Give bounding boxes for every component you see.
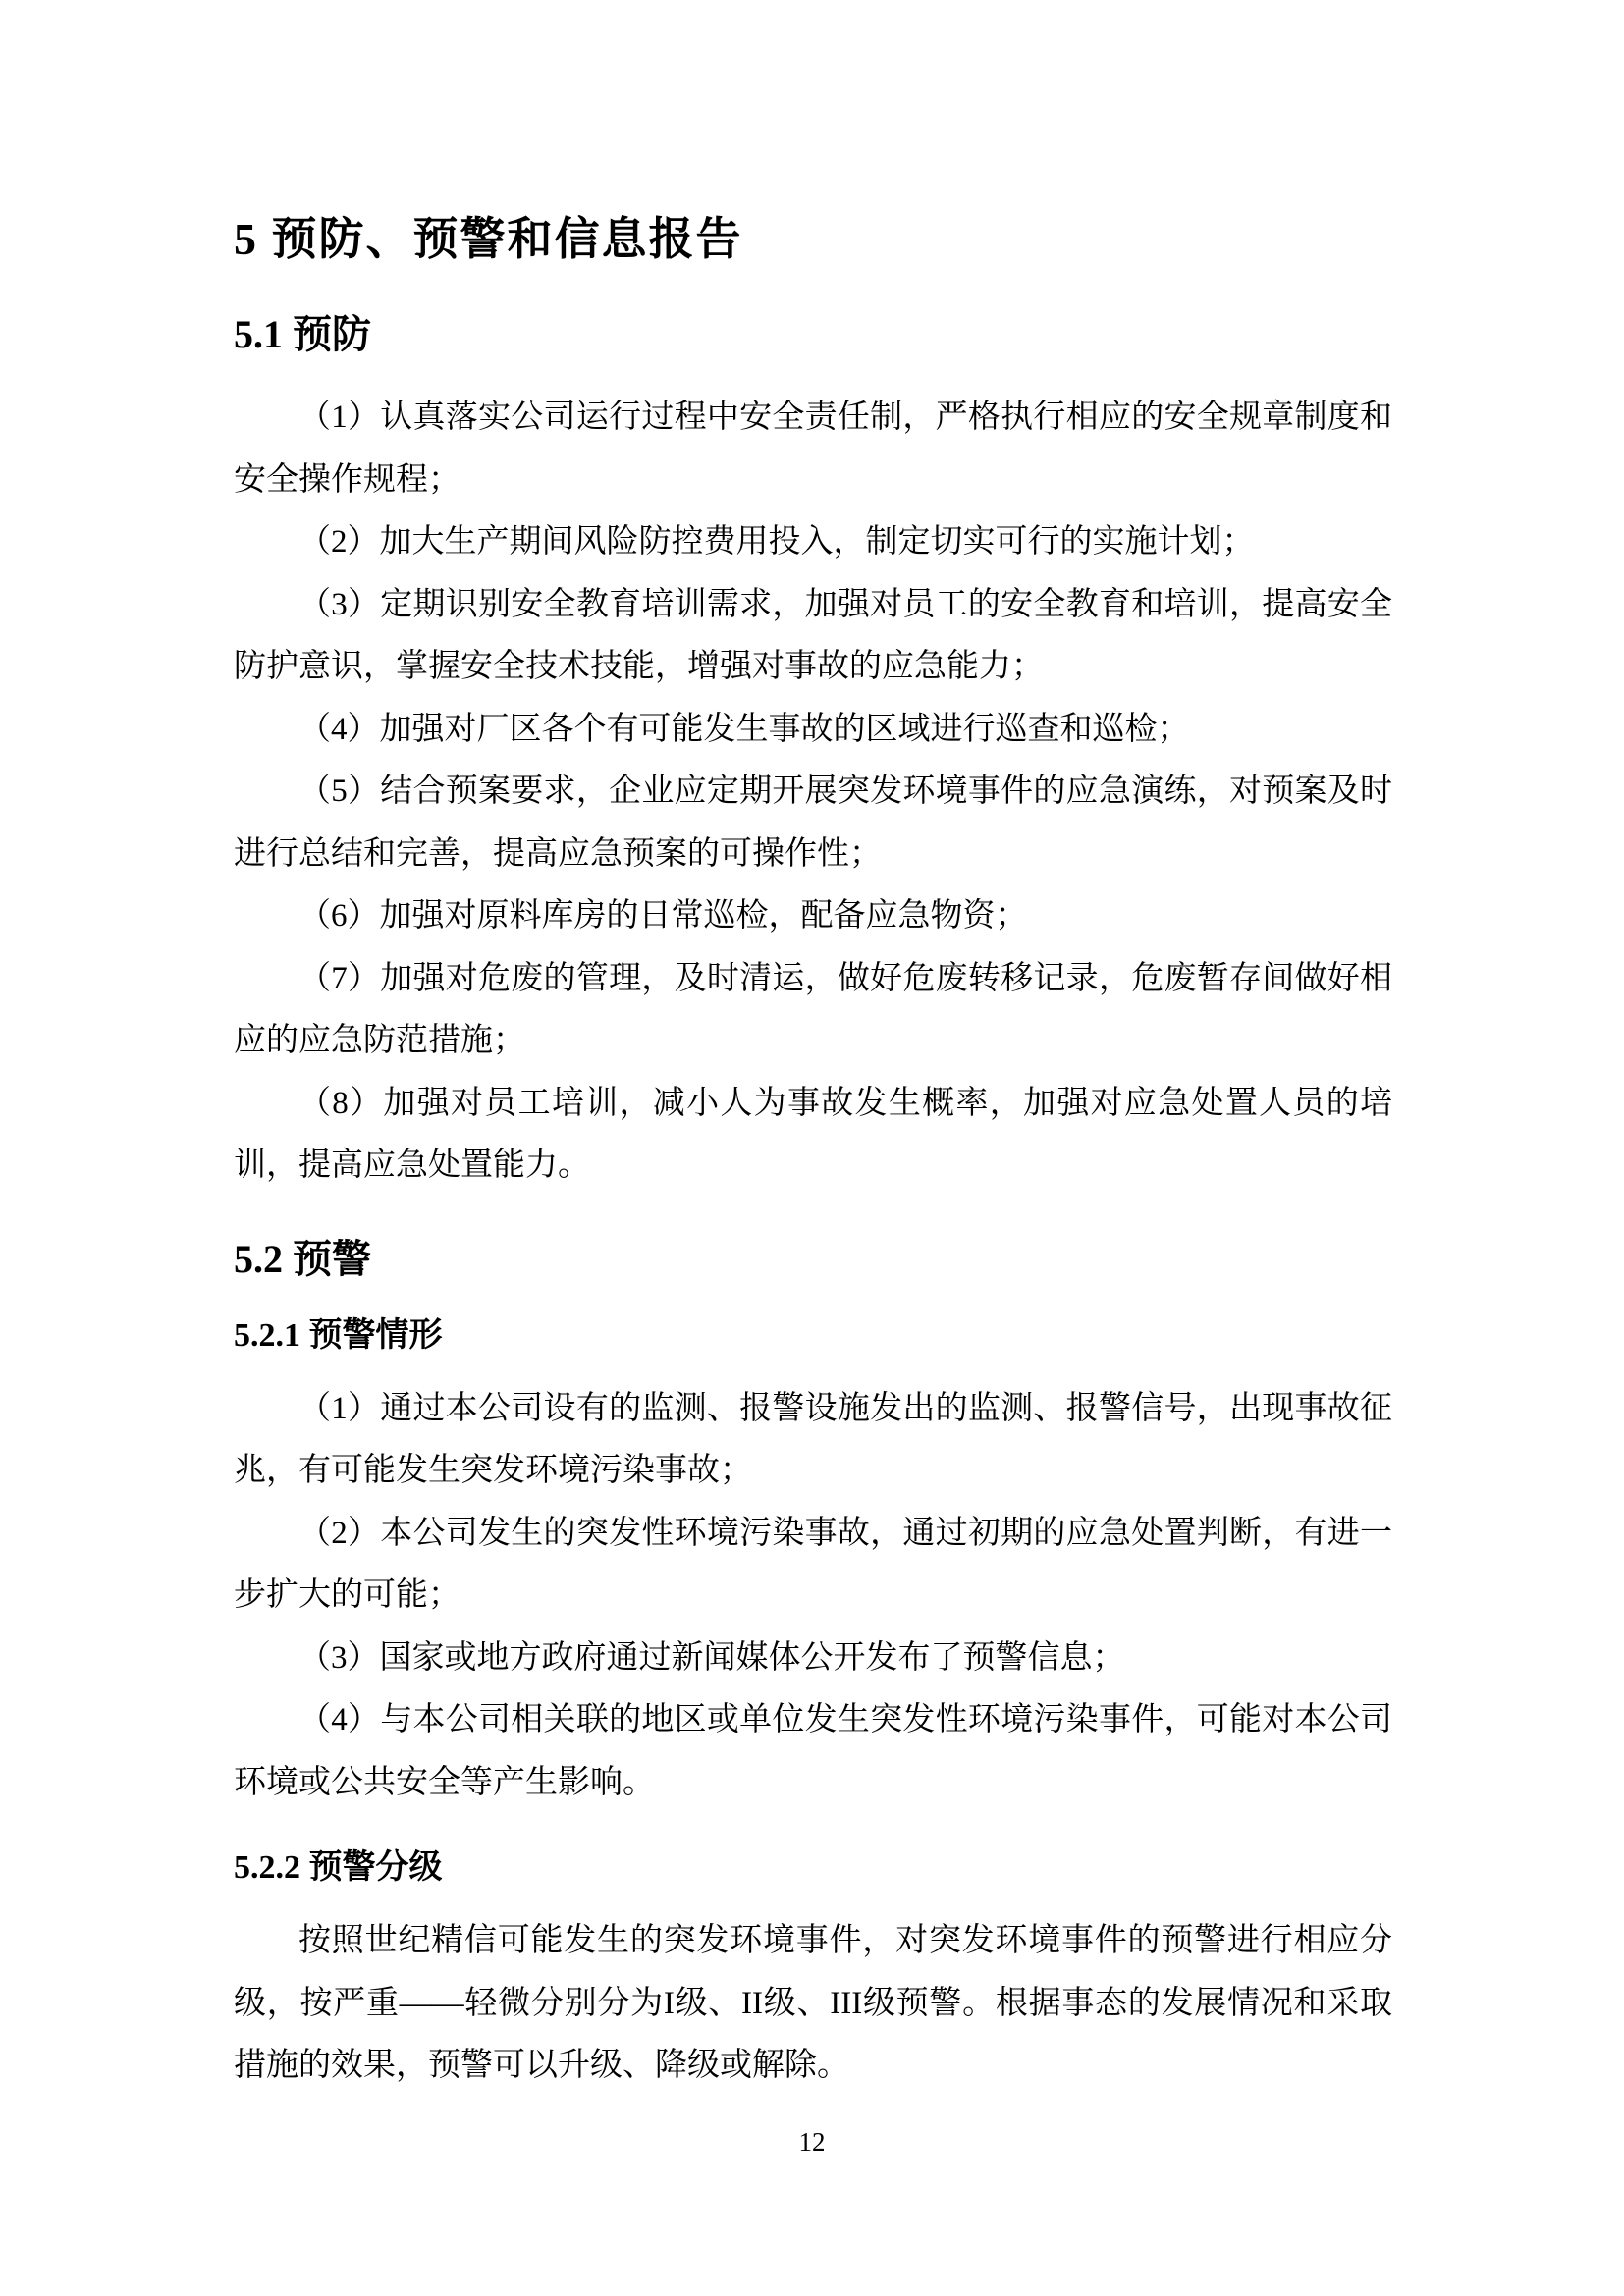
section-5-1-item-2: （2）加大生产期间风险防控费用投入，制定切实可行的实施计划； [234,511,1392,574]
section-5-1-item-6: （6）加强对原料库房的日常巡检，配备应急物资； [234,885,1392,948]
section-5-1-item-4: （4）加强对厂区各个有可能发生事故的区域进行巡查和巡检； [234,699,1392,762]
document-page: 5 预防、预警和信息报告 5.1 预防 （1）认真落实公司运行过程中安全责任制，… [0,0,1624,2296]
section-5-2-1-item-2: （2）本公司发生的突发性环境污染事故，通过初期的应急处置判断，有进一步扩大的可能… [234,1503,1392,1628]
section-5-1-item-3: （3）定期识别安全教育培训需求，加强对员工的安全教育和培训，提高安全防护意识，掌… [234,574,1392,699]
section-5-2-1-item-3: （3）国家或地方政府通过新闻媒体公开发布了预警信息； [234,1628,1392,1690]
section-5-1-item-1: （1）认真落实公司运行过程中安全责任制，严格执行相应的安全规章制度和安全操作规程… [234,387,1392,511]
section-5-2-heading: 5.2 预警 [234,1237,1392,1282]
section-5-1-item-8: （8）加强对员工培训，减小人为事故发生概率，加强对应急处置人员的培训，提高应急处… [234,1073,1392,1198]
section-5-1-item-5: （5）结合预案要求，企业应定期开展突发环境事件的应急演练，对预案及时进行总结和完… [234,761,1392,885]
section-5-1-item-7: （7）加强对危废的管理，及时清运，做好危废转移记录，危废暂存间做好相应的应急防范… [234,948,1392,1073]
page-number: 12 [0,2126,1624,2158]
section-5-2-2-heading: 5.2.2 预警分级 [234,1847,1392,1889]
section-5-2-1-item-4: （4）与本公司相关联的地区或单位发生突发性环境污染事件，可能对本公司环境或公共安… [234,1689,1392,1814]
chapter-heading: 5 预防、预警和信息报告 [234,214,1392,265]
section-5-2-2-paragraph: 按照世纪精信可能发生的突发环境事件，对突发环境事件的预警进行相应分级，按严重——… [234,1910,1392,2098]
section-5-1-heading: 5.1 预防 [234,312,1392,357]
section-5-2-1-item-1: （1）通过本公司设有的监测、报警设施发出的监测、报警信号，出现事故征兆，有可能发… [234,1378,1392,1503]
section-5-2-1-heading: 5.2.1 预警情形 [234,1315,1392,1357]
